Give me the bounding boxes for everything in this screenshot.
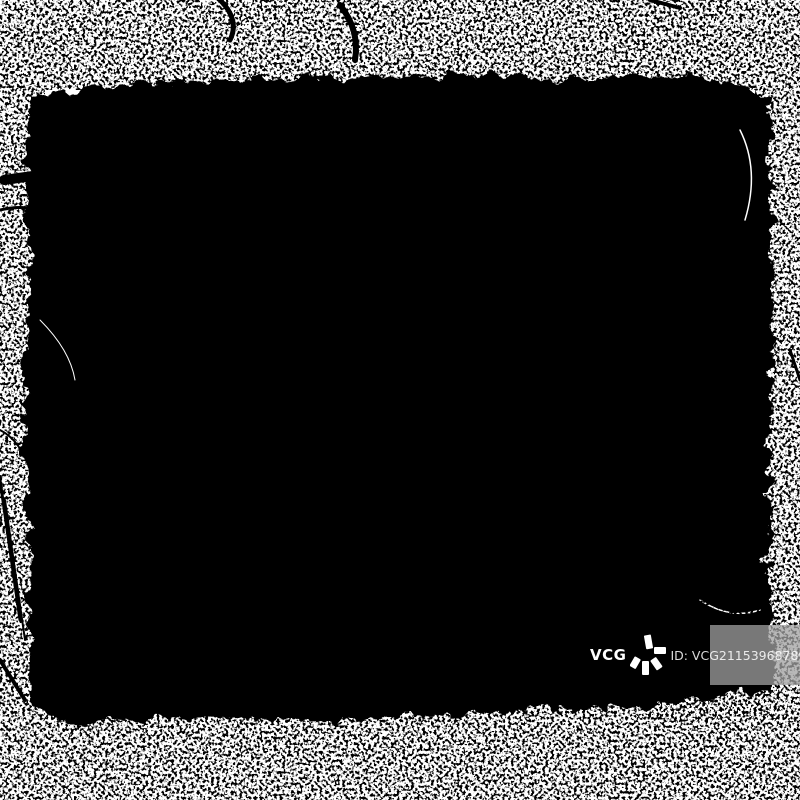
vcg-watermark: VCG ID: VCG211539687894 [590, 633, 800, 677]
grunge-frame-artwork [0, 0, 800, 800]
watermark-id: ID: VCG211539687894 [670, 648, 800, 663]
watermark-logo: VCG [590, 646, 626, 664]
vcg-burst-icon [630, 633, 666, 677]
